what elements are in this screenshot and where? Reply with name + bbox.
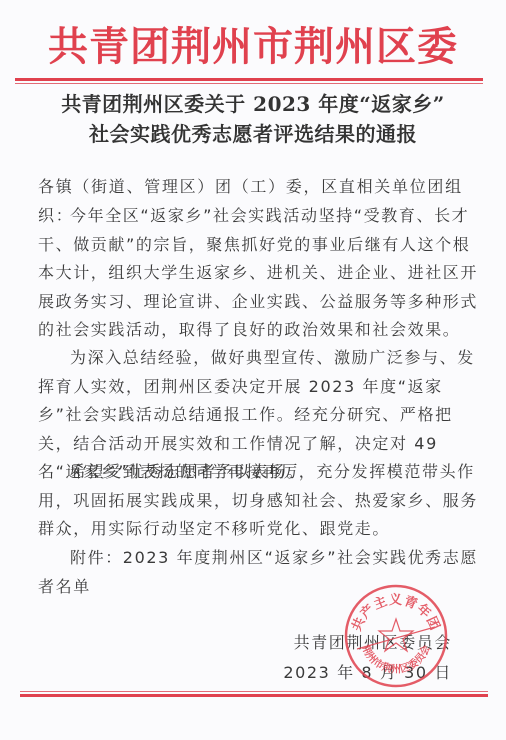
masthead-rule-thin — [15, 83, 483, 84]
svg-text:荆州市荆州区委员会: 荆州市荆州区委员会 — [359, 643, 432, 675]
paragraph-3: 希望受到表扬的同学再接再厉，充分发挥模范带头作用，巩固拓展实践成果，切身感知社会… — [38, 458, 478, 544]
paragraph-1: 今年全区“返家乡”社会实践活动坚持“受教育、长才干、做贡献”的宗旨，聚焦抓好党的… — [38, 202, 478, 345]
masthead-title: 共青团荆州市荆州区委 — [0, 24, 506, 70]
document-title-line2: 社会实践优秀志愿者评选结果的通报 — [0, 118, 506, 147]
footer-rule-thick — [20, 694, 488, 697]
seal-bottom-text: 荆州市荆州区委员会 — [359, 643, 432, 675]
document-page: 共青团荆州市荆州区委 共青团荆州区委关于 2023 年度“返家乡” 社会实践优秀… — [0, 0, 506, 740]
footer-rule-thin — [20, 691, 488, 692]
masthead-rule-thick — [15, 78, 483, 81]
document-title-line1: 共青团荆州区委关于 2023 年度“返家乡” — [0, 88, 506, 117]
official-seal-icon: 共产主义青年团 荆州市荆州区委员会 — [343, 583, 449, 689]
